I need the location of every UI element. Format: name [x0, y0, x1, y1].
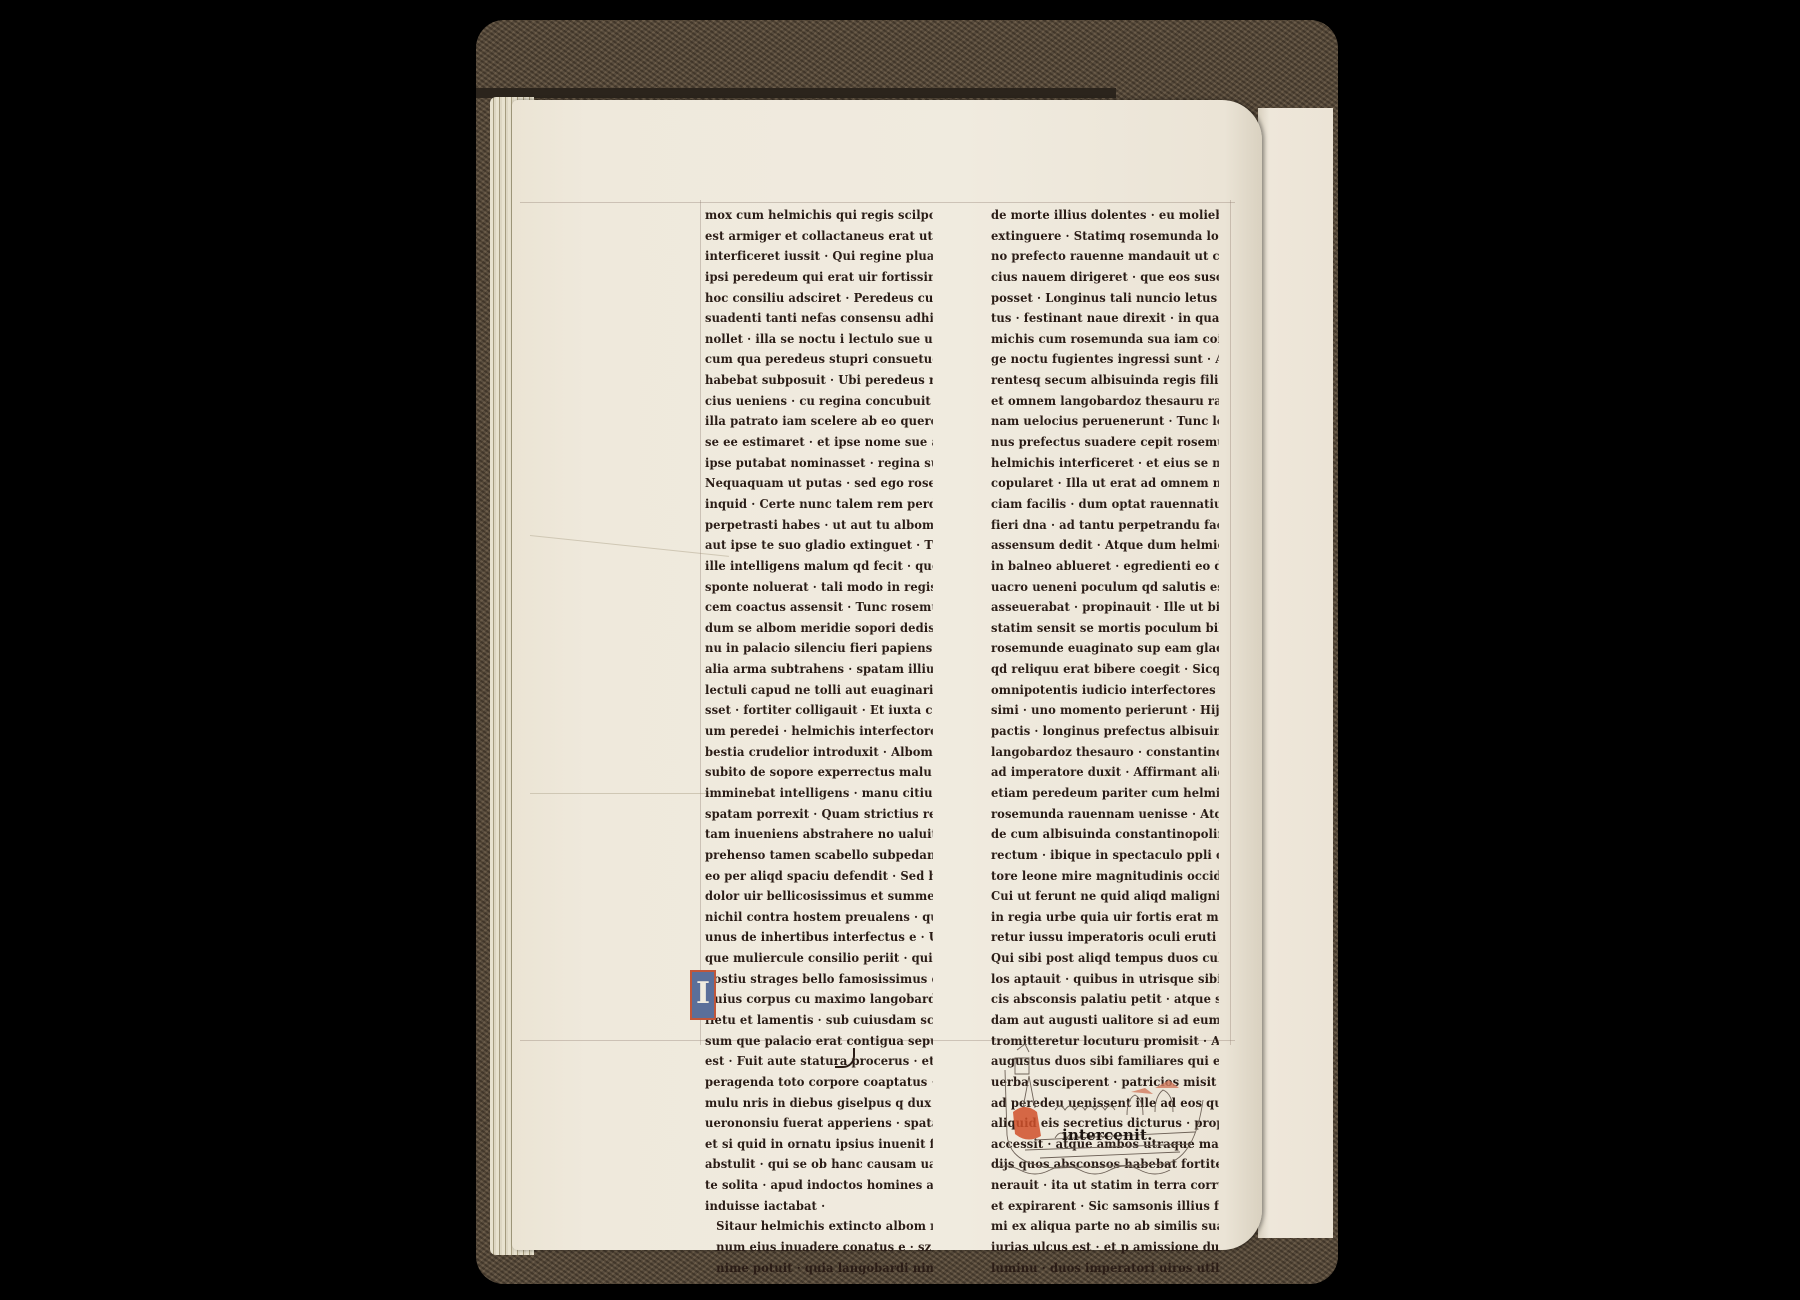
- text-line: cum qua peredeus stupri consuetudine: [705, 349, 933, 370]
- ship-illustration: [995, 1040, 1210, 1180]
- text-line: nu in palacio silenciu fieri papiens · o…: [705, 638, 933, 659]
- text-line: nam uelocius peruenerunt · Tunc longi: [991, 411, 1219, 432]
- text-line: bestia crudelior introduxit · Albom itaq: [705, 742, 933, 763]
- text-line: statim sensit se mortis poculum bibisse: [991, 618, 1219, 639]
- text-line: langobardoz thesauro · constantinopoli: [991, 742, 1219, 763]
- text-line: et expirarent · Sic samsonis illius fort…: [991, 1196, 1219, 1217]
- text-line: induisse iactabat ·: [705, 1196, 933, 1217]
- facing-folio-edge: [1258, 108, 1333, 1238]
- text-line: mulu nris in diebus giselpus q dux: [705, 1093, 933, 1114]
- text-line: in balneo ablueret · egredienti eo de la: [991, 556, 1219, 577]
- text-line: qd reliquu erat bibere coegit · Sicque d…: [991, 659, 1219, 680]
- text-line: spatam porrexit · Quam strictius religa: [705, 804, 933, 825]
- text-line: imminebat intelligens · manu citius ad: [705, 783, 933, 804]
- text-line: sponte noluerat · tali modo in regis ne: [705, 577, 933, 598]
- text-line: michis cum rosemunda sua iam coiu: [991, 329, 1219, 350]
- text-line: uerononsiu fuerat apperiens · spatam eiu…: [705, 1113, 933, 1134]
- text-line: fletu et lamentis · sub cuiusdam scale a…: [705, 1010, 933, 1031]
- text-line: hoc consiliu adsciret · Peredeus cu regi…: [705, 288, 933, 309]
- text-line: omnipotentis iudicio interfectores iniqu…: [991, 680, 1219, 701]
- text-line: alia arma subtrahens · spatam illius ad: [705, 659, 933, 680]
- text-line: interficeret iussit · Qui regine plualit…: [705, 246, 933, 267]
- decorated-initial: I: [690, 970, 716, 1020]
- text-line: nollet · illa se noctu i lectulo sue ues…: [705, 329, 933, 350]
- text-line: eo per aliqd spaciu defendit · Sed heu p…: [705, 866, 933, 887]
- text-line: dolor uir bellicosissimus et summe audac…: [705, 886, 933, 907]
- text-line: te solita · apud indoctos homines albo: [705, 1175, 933, 1196]
- text-line: ipsi peredeum qui erat uir fortissimus i…: [705, 267, 933, 288]
- text-line: uacro ueneni poculum qd salutis esse: [991, 577, 1219, 598]
- text-line: hostiu strages bello famosissimus extiti…: [705, 969, 933, 990]
- text-line: de morte illius dolentes · eu moliebant: [991, 205, 1219, 226]
- text-line: ille intelligens malum qd fecit · quod: [705, 556, 933, 577]
- top-ruling-line: [520, 202, 1235, 203]
- text-line: ge noctu fugientes ingressi sunt · Aufe: [991, 349, 1219, 370]
- text-line: asseuerabat · propinauit · Ille ut bibit: [991, 597, 1219, 618]
- text-line: posset · Longinus tali nuncio letus effe…: [991, 288, 1219, 309]
- text-line: perpetrasti habes · ut aut tu albom inte…: [705, 515, 933, 536]
- text-line: suadenti tanti nefas consensu adhiberer: [705, 308, 933, 329]
- text-line: prehenso tamen scabello subpedaneo · se …: [705, 845, 933, 866]
- text-line: Cuius corpus cu maximo langobardoru: [705, 989, 933, 1010]
- text-line: rectum · ibique in spectaculo ppli coram…: [991, 845, 1219, 866]
- text-line: los aptauit · quibus in utrisque sibi ma…: [991, 969, 1219, 990]
- text-line: extinguere · Statimq rosemunda longi: [991, 226, 1219, 247]
- text-line: retur iussu imperatoris oculi eruti sunt…: [991, 927, 1219, 948]
- text-line: est armiger et collactaneus erat ut rege: [705, 226, 933, 247]
- text-line: Nequaquam ut putas · sed ego rosemunda s…: [705, 473, 933, 494]
- text-line: sset · fortiter colligauit · Et iuxta co…: [705, 700, 933, 721]
- text-line: tam inueniens abstrahere no ualuit · Ap: [705, 824, 933, 845]
- text-line: num eius inuadere conatus e · sz mi: [705, 1237, 933, 1258]
- text-line: rentesq secum albisuinda regis filiam: [991, 370, 1219, 391]
- text-line: se ee estimaret · et ipse nome sue amice…: [705, 432, 933, 453]
- text-line: et omnem langobardoz thesauru rauen: [991, 391, 1219, 412]
- cover-spine-strip: [476, 88, 1116, 98]
- text-line: cem coactus assensit · Tunc rosemunda: [705, 597, 933, 618]
- text-line: nichil contra hostem preualens · quasi: [705, 907, 933, 928]
- text-line: fieri dna · ad tantu perpetrandu facinus: [991, 515, 1219, 536]
- text-line: inquid · Certe nunc talem rem perdex: [705, 494, 933, 515]
- text-line: est · Fuit aute statura procerus · et ad…: [705, 1051, 933, 1072]
- text-line: copularet · Illa ut erat ad omnem nequi: [991, 473, 1219, 494]
- text-line: iurias ulcus est · et p amissione duoru: [991, 1237, 1219, 1258]
- text-line: rosemunde euaginato sup eam gladio ·: [991, 638, 1219, 659]
- text-line: luminu · duos imperatori uiros utilissim…: [991, 1258, 1219, 1279]
- text-line: no prefecto rauenne mandauit ut ci: [991, 246, 1219, 267]
- text-line: rosemunda rauennam uenisse · Atque ex i: [991, 804, 1219, 825]
- text-line: nime potuit · quia langobardi nimiu: [705, 1258, 933, 1279]
- text-line: cius ueniens · cu regina concubuit · Cui…: [705, 391, 933, 412]
- text-line: mox cum helmichis qui regis scilpos h: [705, 205, 933, 226]
- text-line: assensum dedit · Atque dum helmichis se: [991, 535, 1219, 556]
- column-ruling-left: [700, 200, 701, 1045]
- text-line: lectuli capud ne tolli aut euaginari po: [705, 680, 933, 701]
- text-line: unus de inhertibus interfectus e · Unius: [705, 927, 933, 948]
- text-line: nus prefectus suadere cepit rosemunde ut: [991, 432, 1219, 453]
- text-line: Cui ut ferunt ne quid aliqd maligni: [991, 886, 1219, 907]
- text-line: illa patrato iam scelere ab eo quereret …: [705, 411, 933, 432]
- text-line: um peredei · helmichis interfectore omi: [705, 721, 933, 742]
- text-line: sum que palacio erat contigua sepultu: [705, 1031, 933, 1052]
- text-line: helmichis interficeret · et eius se nupt…: [991, 453, 1219, 474]
- text-line: mi ex aliqua parte no ab similis suas in: [991, 1216, 1219, 1237]
- text-line: ad imperatore duxit · Affirmant aliqui: [991, 762, 1219, 783]
- left-text-column: mox cum helmichis qui regis scilpos hest…: [705, 205, 950, 1278]
- text-line: que muliercule consilio periit · qui p t…: [705, 948, 933, 969]
- text-line: tore leone mire magnitudinis occidisse ·: [991, 866, 1219, 887]
- text-line: dum se albom meridie sopori dedisset · m…: [705, 618, 933, 639]
- text-line: Qui sibi post aliqd tempus duos cultel: [991, 948, 1219, 969]
- red-robed-figure-icon: [1013, 1107, 1041, 1140]
- text-line: et si quid in ornatu ipsius inuenit fuat: [705, 1134, 933, 1155]
- text-line: pactis · longinus prefectus albisuindam …: [991, 721, 1219, 742]
- text-line: de cum albisuinda constantinopolim deri: [991, 824, 1219, 845]
- text-line: ciam facilis · dum optat rauennatium: [991, 494, 1219, 515]
- text-line: habebat subposuit · Ubi peredeus re nes: [705, 370, 933, 391]
- text-line: dam aut augusti ualitore si ad eum i: [991, 1010, 1219, 1031]
- page-crease: [530, 793, 710, 794]
- text-line: cis absconsis palatiu petit · atque sequ…: [991, 989, 1219, 1010]
- text-line: Sitaur helmichis extincto albom reg: [705, 1216, 933, 1237]
- text-line: tus · festinant naue direxit · in qua he…: [991, 308, 1219, 329]
- text-line: in regia urbe quia uir fortis erat moli: [991, 907, 1219, 928]
- text-line: simi · uno momento perierunt · Hijs ita: [991, 700, 1219, 721]
- text-line: aut ipse te suo gladio extinguet · Tunc: [705, 535, 933, 556]
- text-line: ipse putabat nominasset · regina subiunx…: [705, 453, 933, 474]
- text-line: etiam peredeum pariter cum helmichis et: [991, 783, 1219, 804]
- illustration-caption: intercenit.: [1062, 1126, 1153, 1144]
- text-line: abstulit · qui se ob hanc causam uanita: [705, 1154, 933, 1175]
- text-line: subito de sopore experrectus malu quod: [705, 762, 933, 783]
- text-line: peragenda toto corpore coaptatus · huius…: [705, 1072, 933, 1093]
- text-line: cius nauem dirigeret · que eos suscipe: [991, 267, 1219, 288]
